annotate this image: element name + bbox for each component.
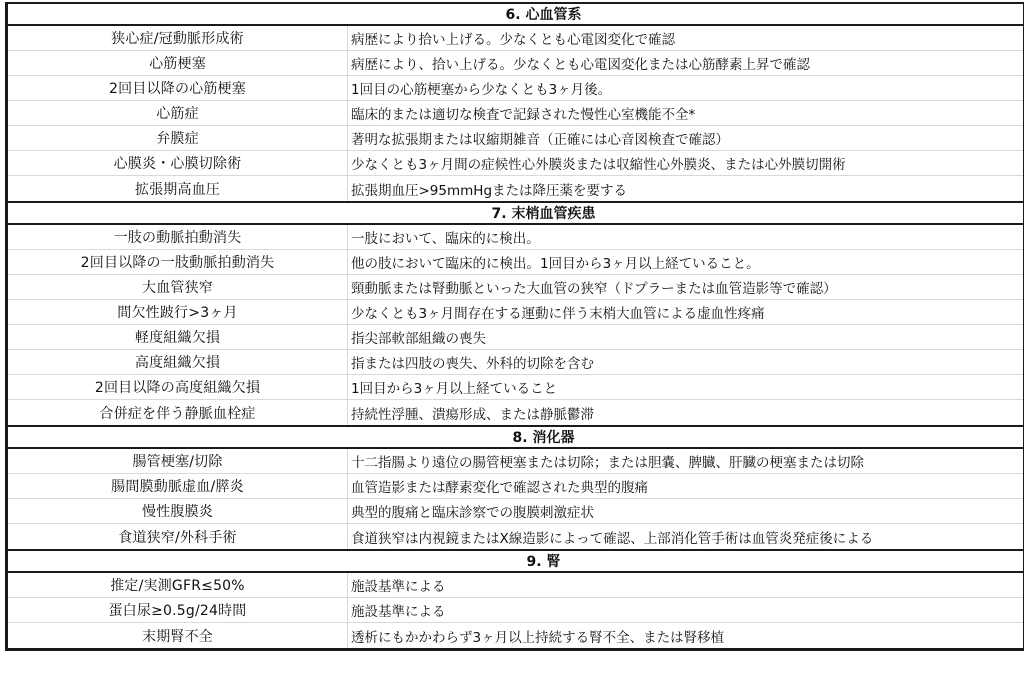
- definition-cell: 施設基準による: [348, 573, 1023, 597]
- table-row: 2回目以降の心筋梗塞1回目の心筋梗塞から少なくとも3ヶ月後。: [8, 76, 1023, 101]
- section-header: 8. 消化器: [8, 425, 1023, 449]
- section-title: 7. 末梢血管疾患: [492, 203, 596, 223]
- section-gastrointestinal: 8. 消化器 腸管梗塞/切除十二指腸より遠位の腸管梗塞または切除；または胆嚢、脾…: [8, 425, 1023, 549]
- section-title: 8. 消化器: [513, 427, 575, 447]
- definition-cell: 拡張期血圧>95mmHgまたは降圧薬を要する: [348, 176, 1023, 201]
- table-row: 狭心症/冠動脈形成術病歴により拾い上げる。少なくとも心電図変化で確認: [8, 26, 1023, 51]
- table-row: 腸間膜動脈虚血/膵炎血管造影または酵素変化で確認された典型的腹痛: [8, 474, 1023, 499]
- definition-cell: 指尖部軟部組織の喪失: [348, 325, 1023, 349]
- definition-cell: 1回目から3ヶ月以上経ていること: [348, 375, 1023, 399]
- table-row: 心筋症臨床的または適切な検査で記録された慢性心室機能不全*: [8, 101, 1023, 126]
- item-cell: 腸間膜動脈虚血/膵炎: [8, 474, 348, 498]
- definition-cell: 血管造影または酵素変化で確認された典型的腹痛: [348, 474, 1023, 498]
- definition-cell: 典型的腹痛と臨床診察での腹膜刺激症状: [348, 499, 1023, 523]
- section-header: 9. 腎: [8, 549, 1023, 573]
- item-cell: 合併症を伴う静脈血栓症: [8, 400, 348, 425]
- table-row: 推定/実測GFR≤50%施設基準による: [8, 573, 1023, 598]
- definition-cell: 病歴により拾い上げる。少なくとも心電図変化で確認: [348, 26, 1023, 50]
- section-renal: 9. 腎 推定/実測GFR≤50%施設基準による 蛋白尿≥0.5g/24時間施設…: [8, 549, 1023, 648]
- table-row: 心膜炎・心膜切除術少なくとも3ヶ月間の症候性心外膜炎または収縮性心外膜炎、または…: [8, 151, 1023, 176]
- item-cell: 高度組織欠損: [8, 350, 348, 374]
- item-cell: 推定/実測GFR≤50%: [8, 573, 348, 597]
- definition-cell: 指または四肢の喪失、外科的切除を含む: [348, 350, 1023, 374]
- table-row: 慢性腹膜炎典型的腹痛と臨床診察での腹膜刺激症状: [8, 499, 1023, 524]
- section-header: 7. 末梢血管疾患: [8, 201, 1023, 225]
- table-row: 心筋梗塞病歴により、拾い上げる。少なくとも心電図変化または心筋酵素上昇で確認: [8, 51, 1023, 76]
- definition-cell: 持続性浮腫、潰瘍形成、または静脈鬱滞: [348, 400, 1023, 425]
- item-cell: 慢性腹膜炎: [8, 499, 348, 523]
- table-row: 腸管梗塞/切除十二指腸より遠位の腸管梗塞または切除；または胆嚢、脾臓、肝臓の梗塞…: [8, 449, 1023, 474]
- definition-cell: 一肢において、臨床的に検出。: [348, 225, 1023, 249]
- section-cardiovascular: 6. 心血管系 狭心症/冠動脈形成術病歴により拾い上げる。少なくとも心電図変化で…: [8, 2, 1023, 201]
- item-cell: 食道狭窄/外科手術: [8, 524, 348, 549]
- section-title: 9. 腎: [527, 551, 561, 571]
- definition-cell: 著明な拡張期または収縮期雑音（正確には心音図検査で確認）: [348, 126, 1023, 150]
- table-row: 食道狭窄/外科手術食道狭窄は内視鏡またはX線造影によって確認、上部消化管手術は血…: [8, 524, 1023, 549]
- item-cell: 末期腎不全: [8, 623, 348, 648]
- table-row: 合併症を伴う静脈血栓症持続性浮腫、潰瘍形成、または静脈鬱滞: [8, 400, 1023, 425]
- definition-cell: 1回目の心筋梗塞から少なくとも3ヶ月後。: [348, 76, 1023, 100]
- table-row: 2回目以降の一肢動脈拍動消失他の肢において臨床的に検出。1回目から3ヶ月以上経て…: [8, 250, 1023, 275]
- definition-cell: 施設基準による: [348, 598, 1023, 622]
- table-row: 蛋白尿≥0.5g/24時間施設基準による: [8, 598, 1023, 623]
- item-cell: 軽度組織欠損: [8, 325, 348, 349]
- item-cell: 心筋症: [8, 101, 348, 125]
- table-row: 拡張期高血圧拡張期血圧>95mmHgまたは降圧薬を要する: [8, 176, 1023, 201]
- item-cell: 狭心症/冠動脈形成術: [8, 26, 348, 50]
- item-cell: 弁膜症: [8, 126, 348, 150]
- section-peripheral-vascular: 7. 末梢血管疾患 一肢の動脈拍動消失一肢において、臨床的に検出。 2回目以降の…: [8, 201, 1023, 425]
- table-row: 間欠性跛行>3ヶ月少なくとも3ヶ月間存在する運動に伴う末梢大血管による虚血性疼痛: [8, 300, 1023, 325]
- table-row: 弁膜症著明な拡張期または収縮期雑音（正確には心音図検査で確認）: [8, 126, 1023, 151]
- definition-cell: 少なくとも3ヶ月間存在する運動に伴う末梢大血管による虚血性疼痛: [348, 300, 1023, 324]
- item-cell: 腸管梗塞/切除: [8, 449, 348, 473]
- item-cell: 心筋梗塞: [8, 51, 348, 75]
- definition-cell: 他の肢において臨床的に検出。1回目から3ヶ月以上経ていること。: [348, 250, 1023, 274]
- section-title: 6. 心血管系: [506, 4, 582, 24]
- definition-cell: 少なくとも3ヶ月間の症候性心外膜炎または収縮性心外膜炎、または心外膜切開術: [348, 151, 1023, 175]
- section-header: 6. 心血管系: [8, 2, 1023, 26]
- table-row: 軽度組織欠損指尖部軟部組織の喪失: [8, 325, 1023, 350]
- table-row: 一肢の動脈拍動消失一肢において、臨床的に検出。: [8, 225, 1023, 250]
- item-cell: 蛋白尿≥0.5g/24時間: [8, 598, 348, 622]
- item-cell: 2回目以降の心筋梗塞: [8, 76, 348, 100]
- table-row: 高度組織欠損指または四肢の喪失、外科的切除を含む: [8, 350, 1023, 375]
- definition-cell: 頸動脈または腎動脈といった大血管の狭窄（ドプラーまたは血管造影等で確認）: [348, 275, 1023, 299]
- definition-cell: 臨床的または適切な検査で記録された慢性心室機能不全*: [348, 101, 1023, 125]
- item-cell: 2回目以降の一肢動脈拍動消失: [8, 250, 348, 274]
- item-cell: 拡張期高血圧: [8, 176, 348, 201]
- table-row: 末期腎不全透析にもかかわらず3ヶ月以上持続する腎不全、または腎移植: [8, 623, 1023, 648]
- definition-cell: 透析にもかかわらず3ヶ月以上持続する腎不全、または腎移植: [348, 623, 1023, 648]
- item-cell: 2回目以降の高度組織欠損: [8, 375, 348, 399]
- definition-cell: 食道狭窄は内視鏡またはX線造影によって確認、上部消化管手術は血管炎発症後による: [348, 524, 1023, 549]
- spreadsheet-sheet: 6. 心血管系 狭心症/冠動脈形成術病歴により拾い上げる。少なくとも心電図変化で…: [0, 0, 1024, 695]
- item-cell: 一肢の動脈拍動消失: [8, 225, 348, 249]
- item-cell: 大血管狭窄: [8, 275, 348, 299]
- damage-index-table: 6. 心血管系 狭心症/冠動脈形成術病歴により拾い上げる。少なくとも心電図変化で…: [5, 2, 1024, 651]
- table-row: 大血管狭窄頸動脈または腎動脈といった大血管の狭窄（ドプラーまたは血管造影等で確認…: [8, 275, 1023, 300]
- item-cell: 間欠性跛行>3ヶ月: [8, 300, 348, 324]
- table-row: 2回目以降の高度組織欠損1回目から3ヶ月以上経ていること: [8, 375, 1023, 400]
- definition-cell: 病歴により、拾い上げる。少なくとも心電図変化または心筋酵素上昇で確認: [348, 51, 1023, 75]
- item-cell: 心膜炎・心膜切除術: [8, 151, 348, 175]
- definition-cell: 十二指腸より遠位の腸管梗塞または切除；または胆嚢、脾臓、肝臓の梗塞または切除: [348, 449, 1023, 473]
